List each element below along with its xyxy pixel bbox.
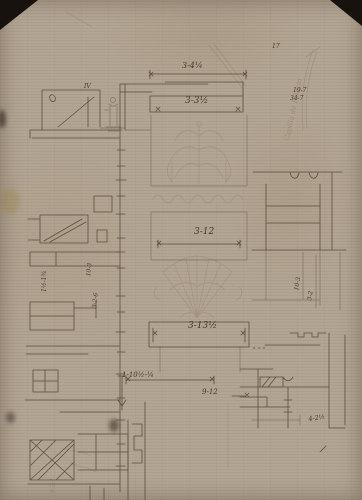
bottom-left-vertical-dim: 4-2-1 bbox=[50, 477, 57, 493]
corner-mark: 17 bbox=[272, 44, 280, 50]
axis-mark: IV bbox=[84, 84, 91, 90]
dimension-label-bottom-right: 9-12 bbox=[202, 389, 218, 396]
dimension-tick-marks bbox=[126, 72, 249, 397]
left-vertical-dim-a: 1½-1¾ bbox=[42, 271, 48, 292]
dimension-label-bottom-left: 1-10½-¼ bbox=[122, 372, 154, 379]
sketch-linework bbox=[0, 0, 362, 500]
vertical-axis-line bbox=[120, 84, 125, 492]
palmette-ornament-sketch bbox=[62, 256, 242, 472]
scan-corner-shadow-top-right bbox=[330, 0, 362, 26]
acanthus-ornament-sketch bbox=[153, 122, 243, 203]
molding-profile-top-left bbox=[42, 90, 100, 130]
dimension-label-upper: 3-3½ bbox=[185, 97, 208, 106]
hatched-pier-plan bbox=[30, 440, 74, 480]
dimension-label-top: 3-4¼ bbox=[182, 62, 203, 70]
dimension-label-middle: 3-12 bbox=[194, 228, 214, 237]
scan-corner-shadow-top-left bbox=[0, 0, 38, 30]
scanned-drawing-page: 3-4¼ 3-3½ 3-12 3-13½ 1-10½-¼ 9-12 19-7 3… bbox=[0, 0, 362, 500]
dimension-label-lower: 3-13½ bbox=[188, 322, 217, 331]
